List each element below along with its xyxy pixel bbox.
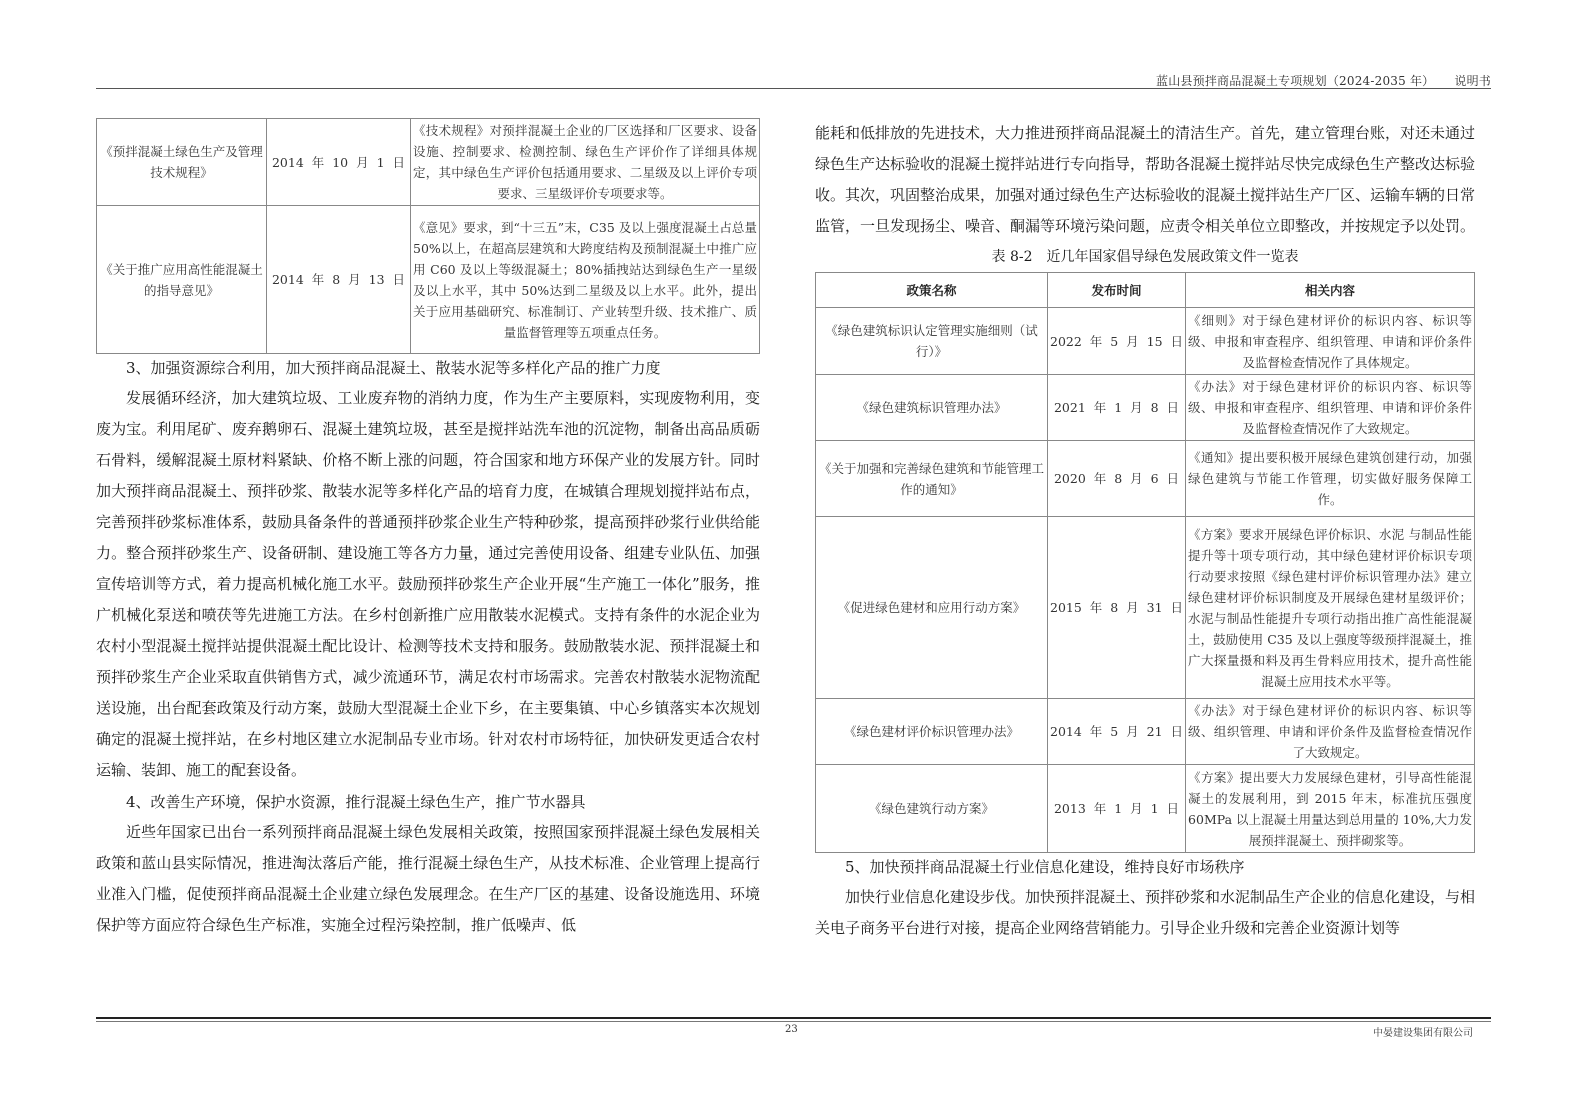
policy-content: 《办法》对于绿色建材评价的标识内容、标识等级、组织管理、申请和评价条件及监督检查… — [1186, 699, 1475, 765]
policy-content: 《技术规程》对预拌混凝土企业的厂区选择和厂区要求、设备设施、控制要求、检测控制、… — [411, 119, 760, 206]
table-header-row: 政策名称 发布时间 相关内容 — [816, 273, 1475, 308]
policy-name: 《关于推广应用高性能混凝土的指导意见》 — [97, 206, 267, 354]
section-5-paragraph: 加快行业信息化建设步伐。加快预拌混凝土、预拌砂浆和水泥制品生产企业的信息化建设，… — [815, 882, 1475, 944]
policy-name: 《预拌混凝土绿色生产及管理技术规程》 — [97, 119, 267, 206]
running-header: 蓝山县预拌商品混凝土专项规划（2024-2035 年）说明书 — [1156, 72, 1491, 89]
section-4-paragraph: 近些年国家已出台一系列预拌商品混凝土绿色发展相关政策，按照国家预拌混凝土绿色发展… — [96, 817, 760, 941]
header-rule — [96, 88, 1491, 89]
policy-date: 2022 年 5 月 15 日 — [1048, 308, 1186, 375]
policy-name: 《绿色建材评价标识管理办法》 — [816, 699, 1048, 765]
table-row: 《关于加强和完善绿色建筑和节能管理工作的通知》 2020 年 8 月 6 日 《… — [816, 441, 1475, 517]
header-release-date: 发布时间 — [1048, 273, 1186, 308]
section-5-heading: 5、加快预拌商品混凝土行业信息化建设，维持良好市场秩序 — [815, 853, 1475, 882]
policy-date: 2021 年 1 月 8 日 — [1048, 375, 1186, 441]
section-3-heading: 3、加强资源综合利用，加大预拌商品混凝土、散装水泥等多样化产品的推广力度 — [96, 354, 760, 383]
header-doc-type: 说明书 — [1454, 74, 1491, 88]
policy-content: 《办法》对于绿色建材评价的标识内容、标识等级、申报和审查程序、组织管理、申请和评… — [1186, 375, 1475, 441]
policy-content: 《意见》要求，到“十三五”末，C35 及以上强度混凝土占总量 50%以上，在超高… — [411, 206, 760, 354]
policy-name: 《绿色建筑标识管理办法》 — [816, 375, 1048, 441]
policy-table-continued: 《预拌混凝土绿色生产及管理技术规程》 2014 年 10 月 1 日 《技术规程… — [96, 118, 760, 354]
table-row: 《绿色建筑标识管理办法》 2021 年 1 月 8 日 《办法》对于绿色建材评价… — [816, 375, 1475, 441]
continued-paragraph: 能耗和低排放的先进技术，大力推进预拌商品混凝土的清洁生产。首先，建立管理台账，对… — [815, 118, 1475, 242]
policy-content: 《细则》对于绿色建材评价的标识内容、标识等级、申报和审查程序、组织管理、申请和评… — [1186, 308, 1475, 375]
table-row: 《绿色建筑标识认定管理实施细则（试行）》 2022 年 5 月 15 日 《细则… — [816, 308, 1475, 375]
policy-content: 《方案》要求开展绿色评价标识、水泥 与制品性能提升等十项专项行动，其中绿色建材评… — [1186, 517, 1475, 699]
footer-rule-thin — [96, 1021, 1491, 1022]
table-row: 《绿色建材评价标识管理办法》 2014 年 5 月 21 日 《办法》对于绿色建… — [816, 699, 1475, 765]
policy-content: 《通知》提出要积极开展绿色建筑创建行动，加强绿色建筑与节能工作管理，切实做好服务… — [1186, 441, 1475, 517]
table-row: 《绿色建筑行动方案》 2013 年 1 月 1 日 《方案》提出要大力发展绿色建… — [816, 765, 1475, 853]
policy-date: 2014 年 8 月 13 日 — [267, 206, 411, 354]
section-3-paragraph: 发展循环经济，加大建筑垃圾、工业废弃物的消纳力度，作为生产主要原料，实现废物利用… — [96, 383, 760, 786]
policy-content: 《方案》提出要大力发展绿色建材，引导高性能混凝土的发展利用，到 2015 年末，… — [1186, 765, 1475, 853]
table-caption: 表 8-2 近几年国家倡导绿色发展政策文件一览表 — [815, 242, 1475, 272]
left-column: 《预拌混凝土绿色生产及管理技术规程》 2014 年 10 月 1 日 《技术规程… — [96, 118, 760, 941]
right-column: 能耗和低排放的先进技术，大力推进预拌商品混凝土的清洁生产。首先，建立管理台账，对… — [815, 118, 1475, 944]
footer-rule — [96, 1017, 1491, 1019]
table-row: 《促进绿色建材和应用行动方案》 2015 年 8 月 31 日 《方案》要求开展… — [816, 517, 1475, 699]
policy-name: 《绿色建筑行动方案》 — [816, 765, 1048, 853]
policy-date: 2020 年 8 月 6 日 — [1048, 441, 1186, 517]
footer-company: 中晏建设集团有限公司 — [1373, 1024, 1473, 1039]
header-policy-name: 政策名称 — [816, 273, 1048, 308]
policy-date: 2014 年 5 月 21 日 — [1048, 699, 1186, 765]
page-number: 23 — [785, 1024, 798, 1035]
policy-date: 2014 年 10 月 1 日 — [267, 119, 411, 206]
table-row: 《预拌混凝土绿色生产及管理技术规程》 2014 年 10 月 1 日 《技术规程… — [97, 119, 760, 206]
header-content: 相关内容 — [1186, 273, 1475, 308]
green-policy-table: 政策名称 发布时间 相关内容 《绿色建筑标识认定管理实施细则（试行）》 2022… — [815, 272, 1475, 853]
policy-name: 《促进绿色建材和应用行动方案》 — [816, 517, 1048, 699]
header-title: 蓝山县预拌商品混凝土专项规划（2024-2035 年） — [1156, 74, 1434, 88]
policy-name: 《绿色建筑标识认定管理实施细则（试行）》 — [816, 308, 1048, 375]
table-row: 《关于推广应用高性能混凝土的指导意见》 2014 年 8 月 13 日 《意见》… — [97, 206, 760, 354]
policy-date: 2015 年 8 月 31 日 — [1048, 517, 1186, 699]
policy-name: 《关于加强和完善绿色建筑和节能管理工作的通知》 — [816, 441, 1048, 517]
policy-date: 2013 年 1 月 1 日 — [1048, 765, 1186, 853]
section-4-heading: 4、改善生产环境，保护水资源，推行混凝土绿色生产，推广节水器具 — [96, 788, 760, 817]
